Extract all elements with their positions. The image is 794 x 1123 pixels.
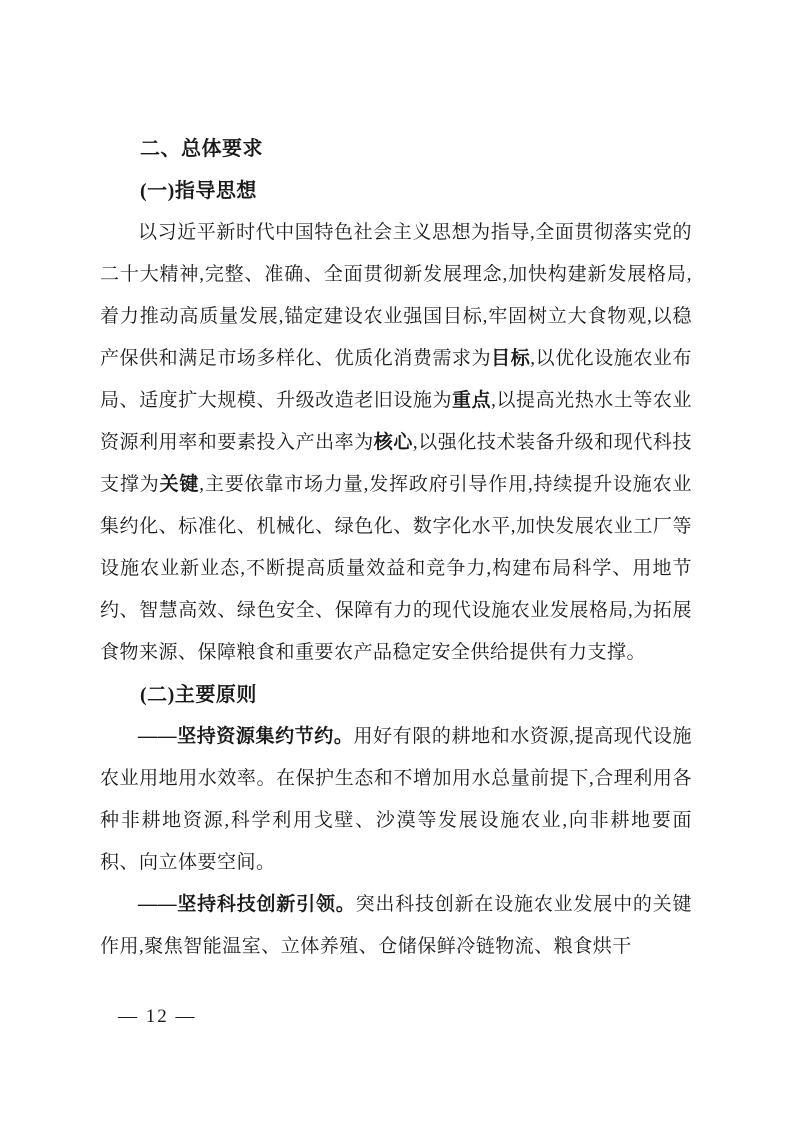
paragraph-segment: 以习近平新时代中国特色社会主义思想为指导,全面贯彻落实党的二十大精神,完整、准确… <box>100 222 692 369</box>
paragraph-segment: ,主要依靠市场力量,发挥政府引导作用,持续提升设施农业集约化、标准化、机械化、绿… <box>100 474 692 663</box>
principle-lead: ——坚持资源集约节约。 <box>138 726 354 747</box>
paragraph-segment-bold: 核心 <box>374 432 413 453</box>
document-body: 二、总体要求 (一)指导思想 以习近平新时代中国特色社会主义思想为指导,全面贯彻… <box>100 128 692 968</box>
section-heading: 二、总体要求 <box>100 128 692 170</box>
paragraph-segment-bold: 重点 <box>452 390 491 411</box>
page-number: — 12 — <box>118 1002 197 1032</box>
paragraph-segment-bold: 目标 <box>491 348 530 369</box>
guiding-ideology-paragraph: 以习近平新时代中国特色社会主义思想为指导,全面贯彻落实党的二十大精神,完整、准确… <box>100 212 692 674</box>
principle-paragraph-tech-innovation: ——坚持科技创新引领。突出科技创新在设施农业发展中的关键作用,聚焦智能温室、立体… <box>100 884 692 968</box>
paragraph-segment-bold: 关键 <box>160 474 200 495</box>
subheading-main-principles: (二)主要原则 <box>100 674 692 716</box>
principle-body: 用好有限的耕地和水资源,提高现代设施农业用地用水效率。在保护生态和不增加用水总量… <box>100 726 692 873</box>
document-page: 二、总体要求 (一)指导思想 以习近平新时代中国特色社会主义思想为指导,全面贯彻… <box>0 0 794 1123</box>
subheading-guiding-ideology: (一)指导思想 <box>100 170 692 212</box>
principle-paragraph-resource-conservation: ——坚持资源集约节约。用好有限的耕地和水资源,提高现代设施农业用地用水效率。在保… <box>100 716 692 884</box>
principle-lead: ——坚持科技创新引领。 <box>138 894 356 915</box>
